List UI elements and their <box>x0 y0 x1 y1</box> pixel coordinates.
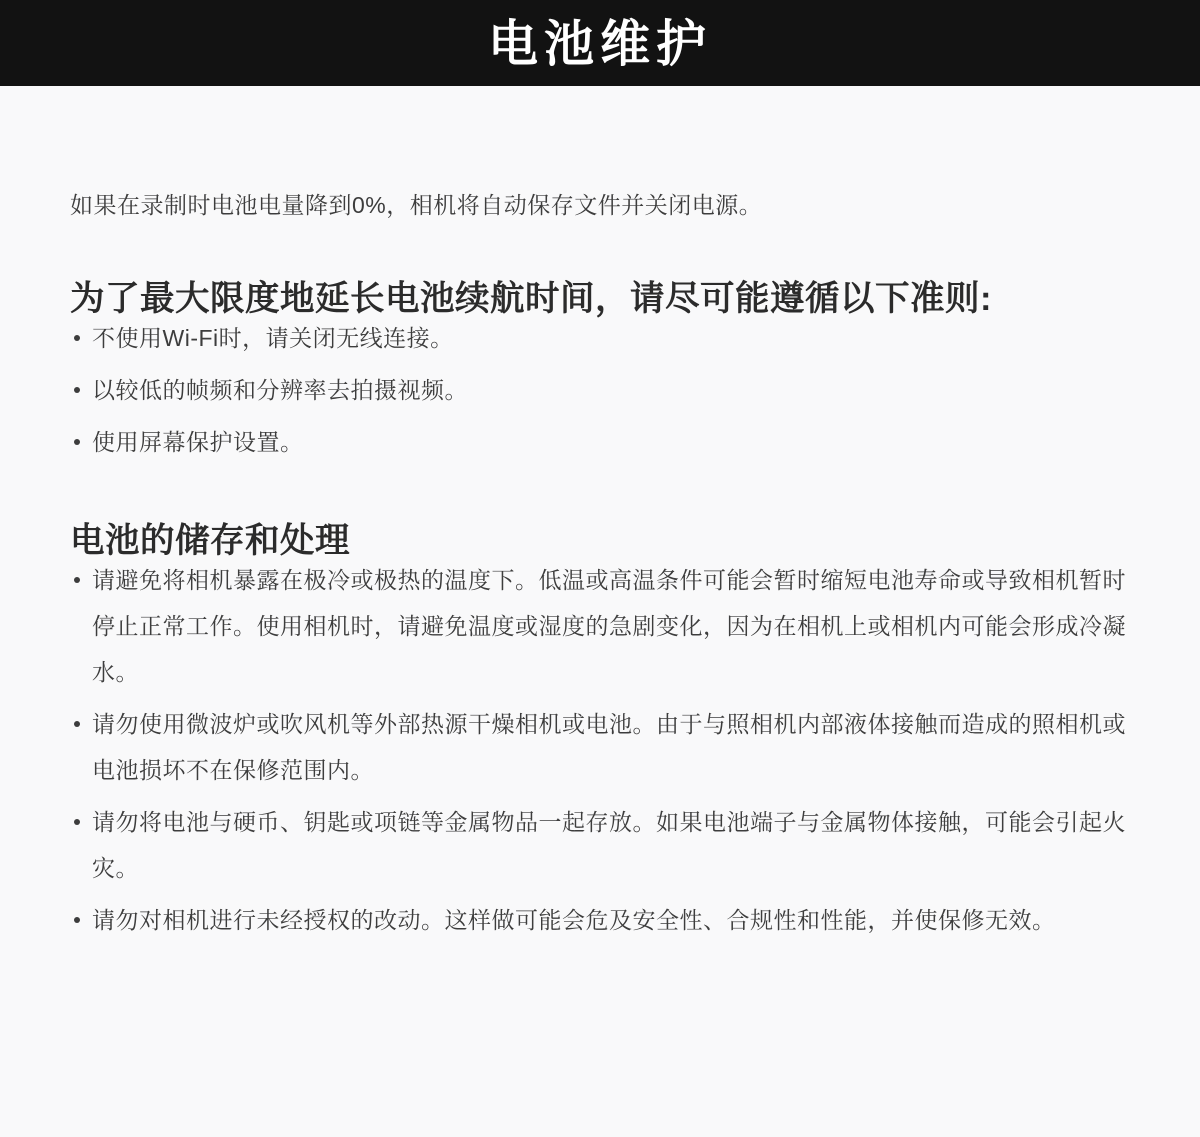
intro-paragraph: 如果在录制时电池电量降到0%，相机将自动保存文件并关闭电源。 <box>70 189 1130 221</box>
list-item: 不使用Wi-Fi时，请关闭无线连接。 <box>70 315 1130 361</box>
guidelines-heading: 为了最大限度地延长电池续航时间，请尽可能遵循以下准则: <box>70 283 1130 315</box>
guidelines-list: 不使用Wi-Fi时，请关闭无线连接。 以较低的帧频和分辨率去拍摄视频。 使用屏幕… <box>70 315 1130 465</box>
storage-list: 请避免将相机暴露在极冷或极热的温度下。低温或高温条件可能会暂时缩短电池寿命或导致… <box>70 557 1130 943</box>
page-title: 电池维护 <box>488 17 712 69</box>
list-item: 使用屏幕保护设置。 <box>70 419 1130 465</box>
list-item: 请勿对相机进行未经授权的改动。这样做可能会危及安全性、合规性和性能，并使保修无效… <box>70 897 1130 943</box>
list-item: 以较低的帧频和分辨率去拍摄视频。 <box>70 367 1130 413</box>
list-item: 请勿将电池与硬币、钥匙或项链等金属物品一起存放。如果电池端子与金属物体接触，可能… <box>70 799 1130 891</box>
list-item: 请勿使用微波炉或吹风机等外部热源干燥相机或电池。由于与照相机内部液体接触而造成的… <box>70 701 1130 793</box>
storage-heading: 电池的储存和处理 <box>70 525 1130 557</box>
list-item: 请避免将相机暴露在极冷或极热的温度下。低温或高温条件可能会暂时缩短电池寿命或导致… <box>70 557 1130 695</box>
content: 如果在录制时电池电量降到0%，相机将自动保存文件并关闭电源。 为了最大限度地延长… <box>0 189 1200 943</box>
page-header: 电池维护 <box>0 0 1200 86</box>
